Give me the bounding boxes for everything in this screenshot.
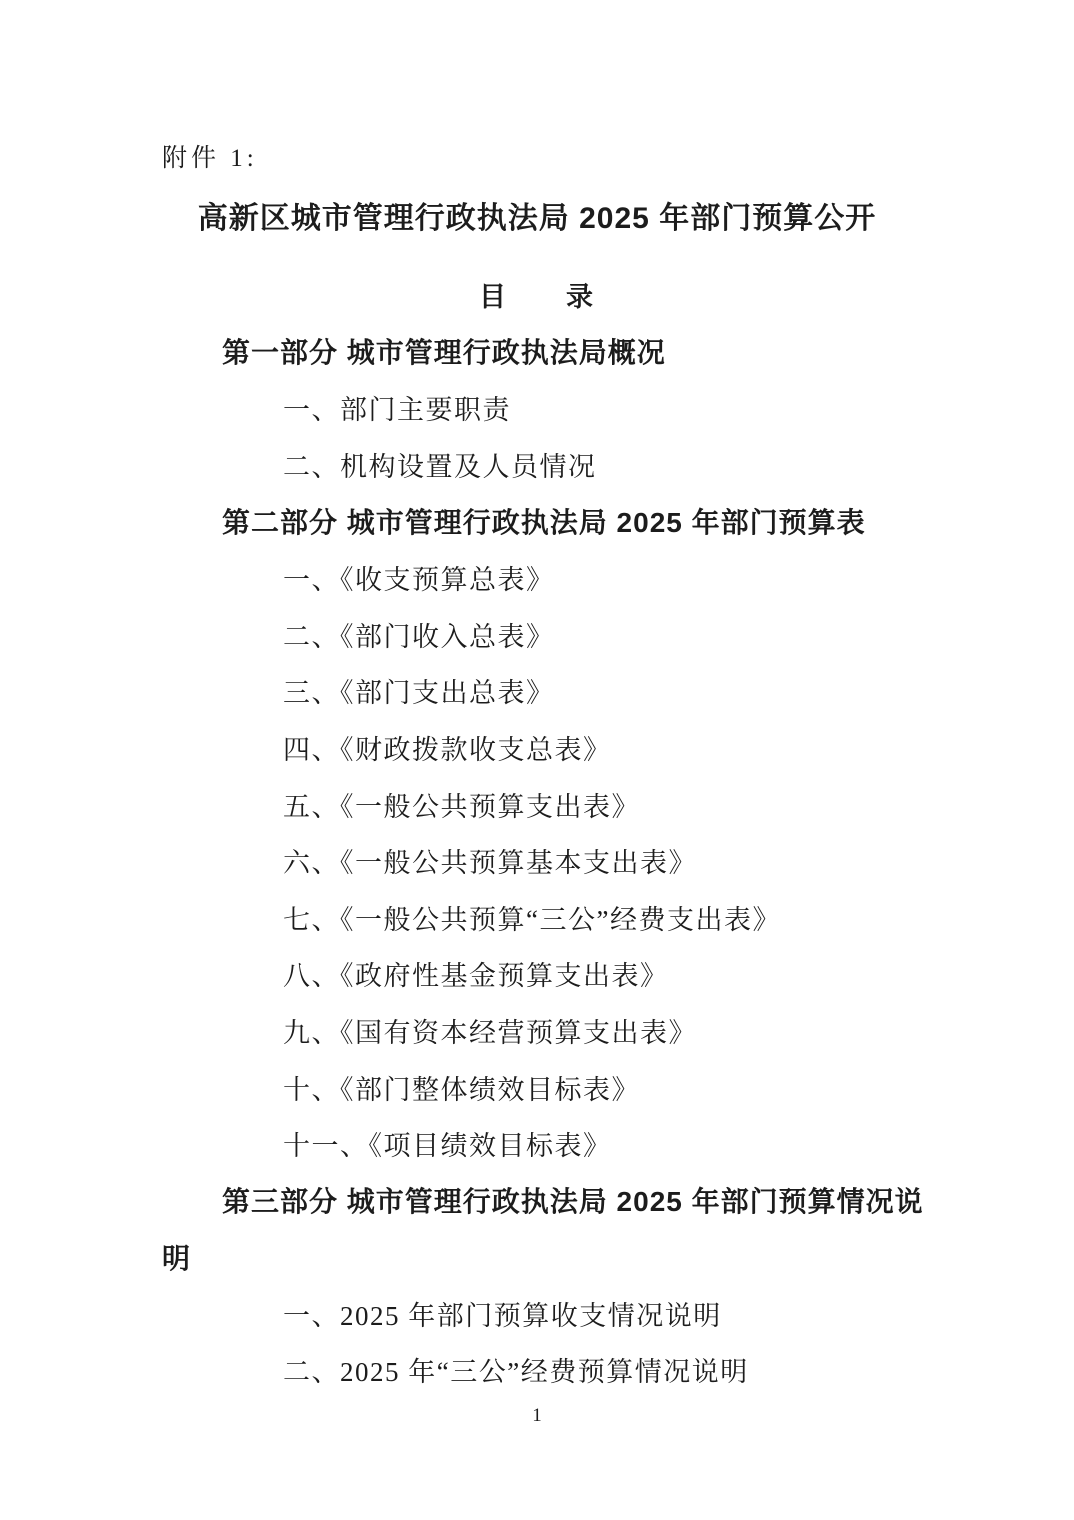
toc-item: 十、《部门整体绩效目标表》 — [162, 1059, 922, 1116]
attachment-label: 附件 1: — [162, 138, 258, 174]
toc-section-heading: 第二部分 城市管理行政执法局 2025 年部门预算表 — [162, 493, 922, 550]
document-title: 高新区城市管理行政执法局 2025 年部门预算公开 — [0, 193, 1074, 237]
toc-item: 四、《财政拨款收支总表》 — [162, 719, 922, 776]
page-number: 1 — [0, 1405, 1074, 1427]
toc-item: 三、《部门支出总表》 — [162, 663, 922, 720]
toc-section-heading: 第三部分 城市管理行政执法局 2025 年部门预算情况说 — [162, 1172, 922, 1229]
toc-item: 七、《一般公共预算“三公”经费支出表》 — [162, 889, 922, 946]
toc-section-heading-continuation: 明 — [162, 1229, 922, 1286]
toc-item: 二、《部门收入总表》 — [162, 606, 922, 663]
document-page: 附件 1: 高新区城市管理行政执法局 2025 年部门预算公开 目 录 第一部分… — [0, 0, 1074, 1520]
toc-item: 十一、《项目绩效目标表》 — [162, 1115, 922, 1172]
toc-item: 八、《政府性基金预算支出表》 — [162, 946, 922, 1003]
toc-item: 九、《国有资本经营预算支出表》 — [162, 1002, 922, 1059]
toc-item: 五、《一般公共预算支出表》 — [162, 776, 922, 833]
toc-item: 一、部门主要职责 — [162, 380, 922, 437]
table-of-contents: 第一部分 城市管理行政执法局概况一、部门主要职责二、机构设置及人员情况第二部分 … — [162, 323, 922, 1398]
toc-item: 二、2025 年“三公”经费预算情况说明 — [162, 1342, 922, 1399]
toc-section-heading: 第一部分 城市管理行政执法局概况 — [162, 323, 922, 380]
toc-title: 目 录 — [0, 275, 1074, 314]
toc-item: 二、机构设置及人员情况 — [162, 436, 922, 493]
toc-item: 一、2025 年部门预算收支情况说明 — [162, 1285, 922, 1342]
toc-item: 一、《收支预算总表》 — [162, 549, 922, 606]
toc-item: 六、《一般公共预算基本支出表》 — [162, 832, 922, 889]
